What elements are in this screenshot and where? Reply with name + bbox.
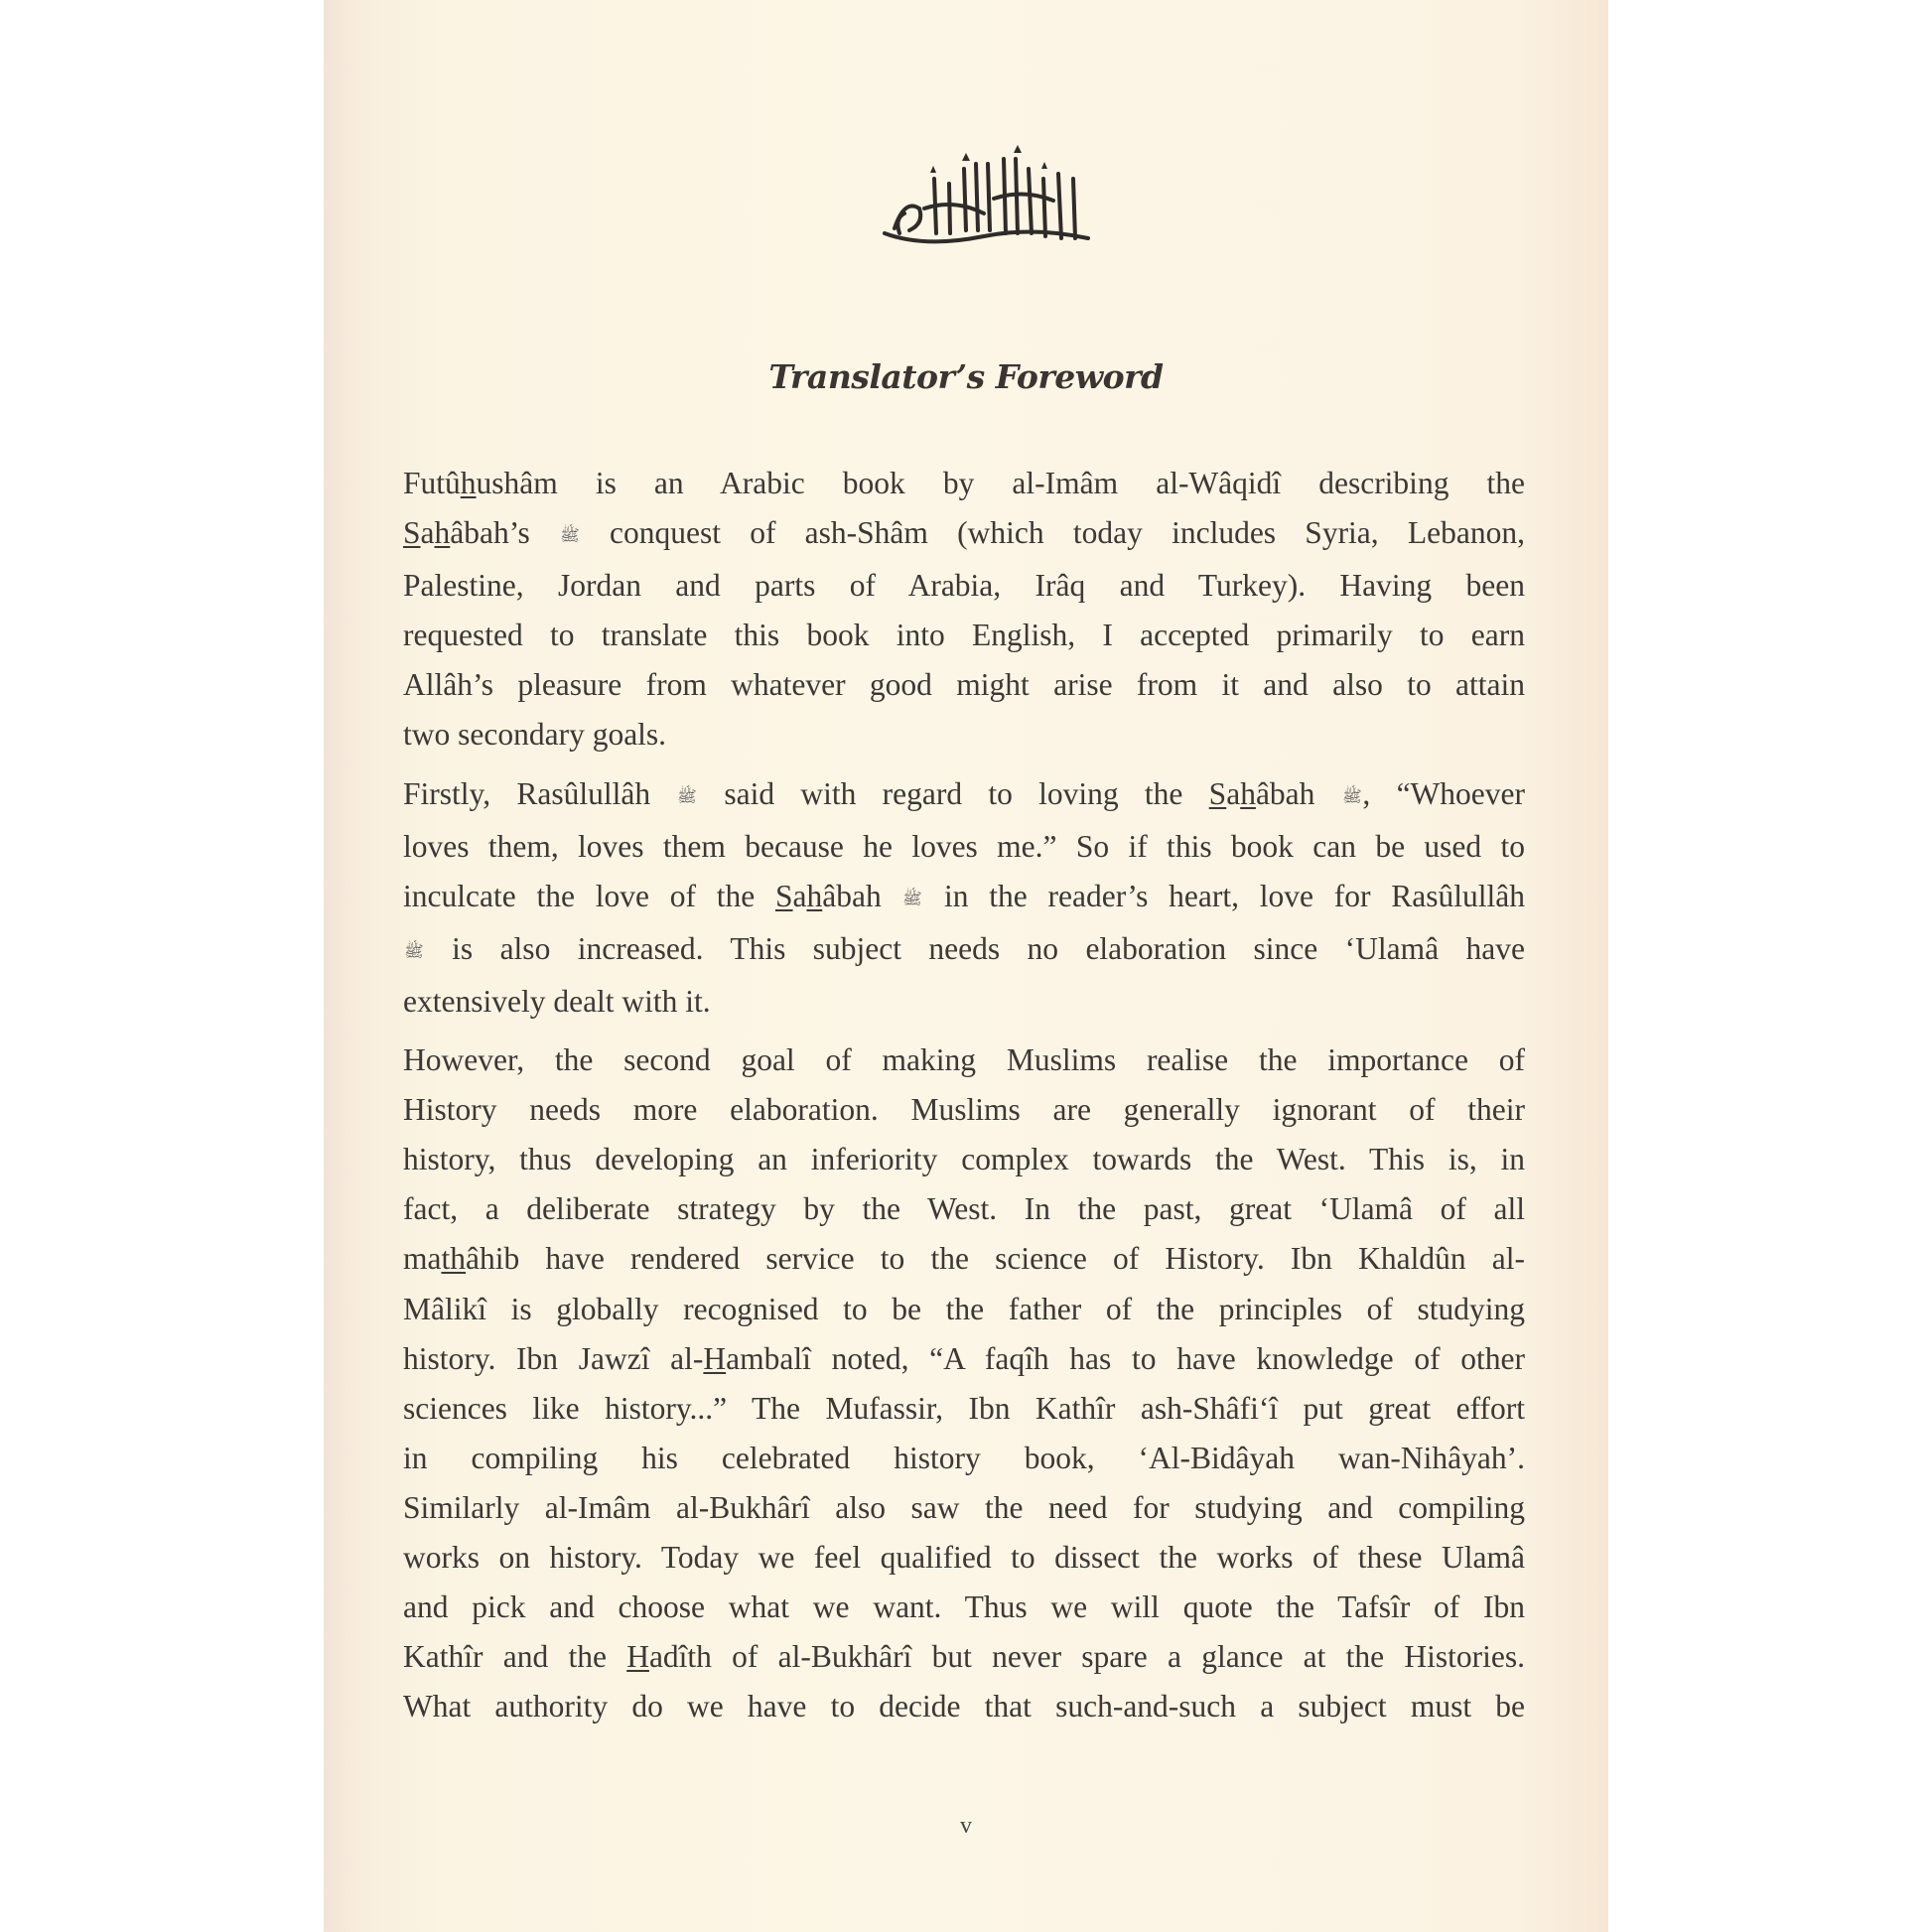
radiyallahu-anhum-icon: ﷺ <box>560 514 580 559</box>
text-line: fact, a deliberate strategy by the West.… <box>403 1184 1525 1234</box>
page-title: Translator’s Foreword <box>324 357 1608 396</box>
text-line: Similarly al-Imâm al-Bukhârî also saw th… <box>403 1483 1525 1533</box>
text-line: works on history. Today we feel qualifie… <box>403 1533 1525 1583</box>
transliteration-underline: H <box>626 1639 649 1674</box>
text-line: requested to translate this book into En… <box>403 611 1525 660</box>
text-line: Firstly, Rasûlullâh ﷺ said with regard t… <box>403 769 1525 822</box>
text-line: mathâhib have rendered service to the sc… <box>403 1234 1525 1284</box>
transliteration-underline: h <box>1240 776 1256 811</box>
text-line: History needs more elaboration. Muslims … <box>403 1085 1525 1135</box>
transliteration-underline: h <box>461 466 477 500</box>
transliteration-underline: th <box>441 1241 466 1276</box>
transliteration-underline: S <box>1209 776 1227 811</box>
text-line: and pick and choose what we want. Thus w… <box>403 1583 1525 1632</box>
transliteration-underline: H <box>703 1341 726 1376</box>
bismillah-calligraphy-icon: بسم الله الرحمن الرحيم <box>865 139 1103 258</box>
transliteration-underline: h <box>807 879 823 913</box>
text-line: history, thus developing an inferiority … <box>403 1135 1525 1184</box>
text-line: ﷺ is also increased. This subject needs … <box>403 924 1525 977</box>
text-line: Futûhushâm is an Arabic book by al-Imâm … <box>403 459 1525 508</box>
text-line: sciences like history...” The Mufassir, … <box>403 1384 1525 1434</box>
text-line: history. Ibn Jawzî al-Hambalî noted, “A … <box>403 1334 1525 1384</box>
text-line: Sahâbah’s ﷺ conquest of ash-Shâm (which … <box>403 508 1525 561</box>
page-number: v <box>324 1813 1608 1840</box>
foreword-body: Futûhushâm is an Arabic book by al-Imâm … <box>403 459 1525 1731</box>
text-line: What authority do we have to decide that… <box>403 1682 1525 1731</box>
text-line: However, the second goal of making Musli… <box>403 1035 1525 1085</box>
book-page: بسم الله الرحمن الرحيم Translator’s Fore… <box>324 0 1608 1932</box>
sallallahu-alayhi-wasallam-icon: ﷺ <box>677 774 697 819</box>
sallallahu-alayhi-wasallam-icon: ﷺ <box>404 929 424 974</box>
radiyallahu-anhum-icon: ﷺ <box>1342 774 1362 819</box>
transliteration-underline: S <box>775 879 793 913</box>
text-line: two secondary goals. <box>403 710 1525 759</box>
text-line: in compiling his celebrated history book… <box>403 1434 1525 1483</box>
text-line: Mâlikî is globally recognised to be the … <box>403 1285 1525 1334</box>
paragraph: Futûhushâm is an Arabic book by al-Imâm … <box>403 459 1525 760</box>
paragraph: Firstly, Rasûlullâh ﷺ said with regard t… <box>403 769 1525 1027</box>
text-line: inculcate the love of the Sahâbah ﷺ in t… <box>403 872 1525 924</box>
text-line: Allâh’s pleasure from whatever good migh… <box>403 660 1525 710</box>
text-line: loves them, loves them because he loves … <box>403 822 1525 872</box>
radiyallahu-anhum-icon: ﷺ <box>903 877 923 921</box>
bismillah-text: بسم الله الرحمن الرحيم <box>984 207 995 209</box>
text-line: Kathîr and the Hadîth of al-Bukhârî but … <box>403 1632 1525 1682</box>
transliteration-underline: h <box>435 515 451 550</box>
paragraph: However, the second goal of making Musli… <box>403 1035 1525 1731</box>
text-line: Palestine, Jordan and parts of Arabia, I… <box>403 561 1525 611</box>
transliteration-underline: S <box>403 515 421 550</box>
text-line: extensively dealt with it. <box>403 977 1525 1027</box>
